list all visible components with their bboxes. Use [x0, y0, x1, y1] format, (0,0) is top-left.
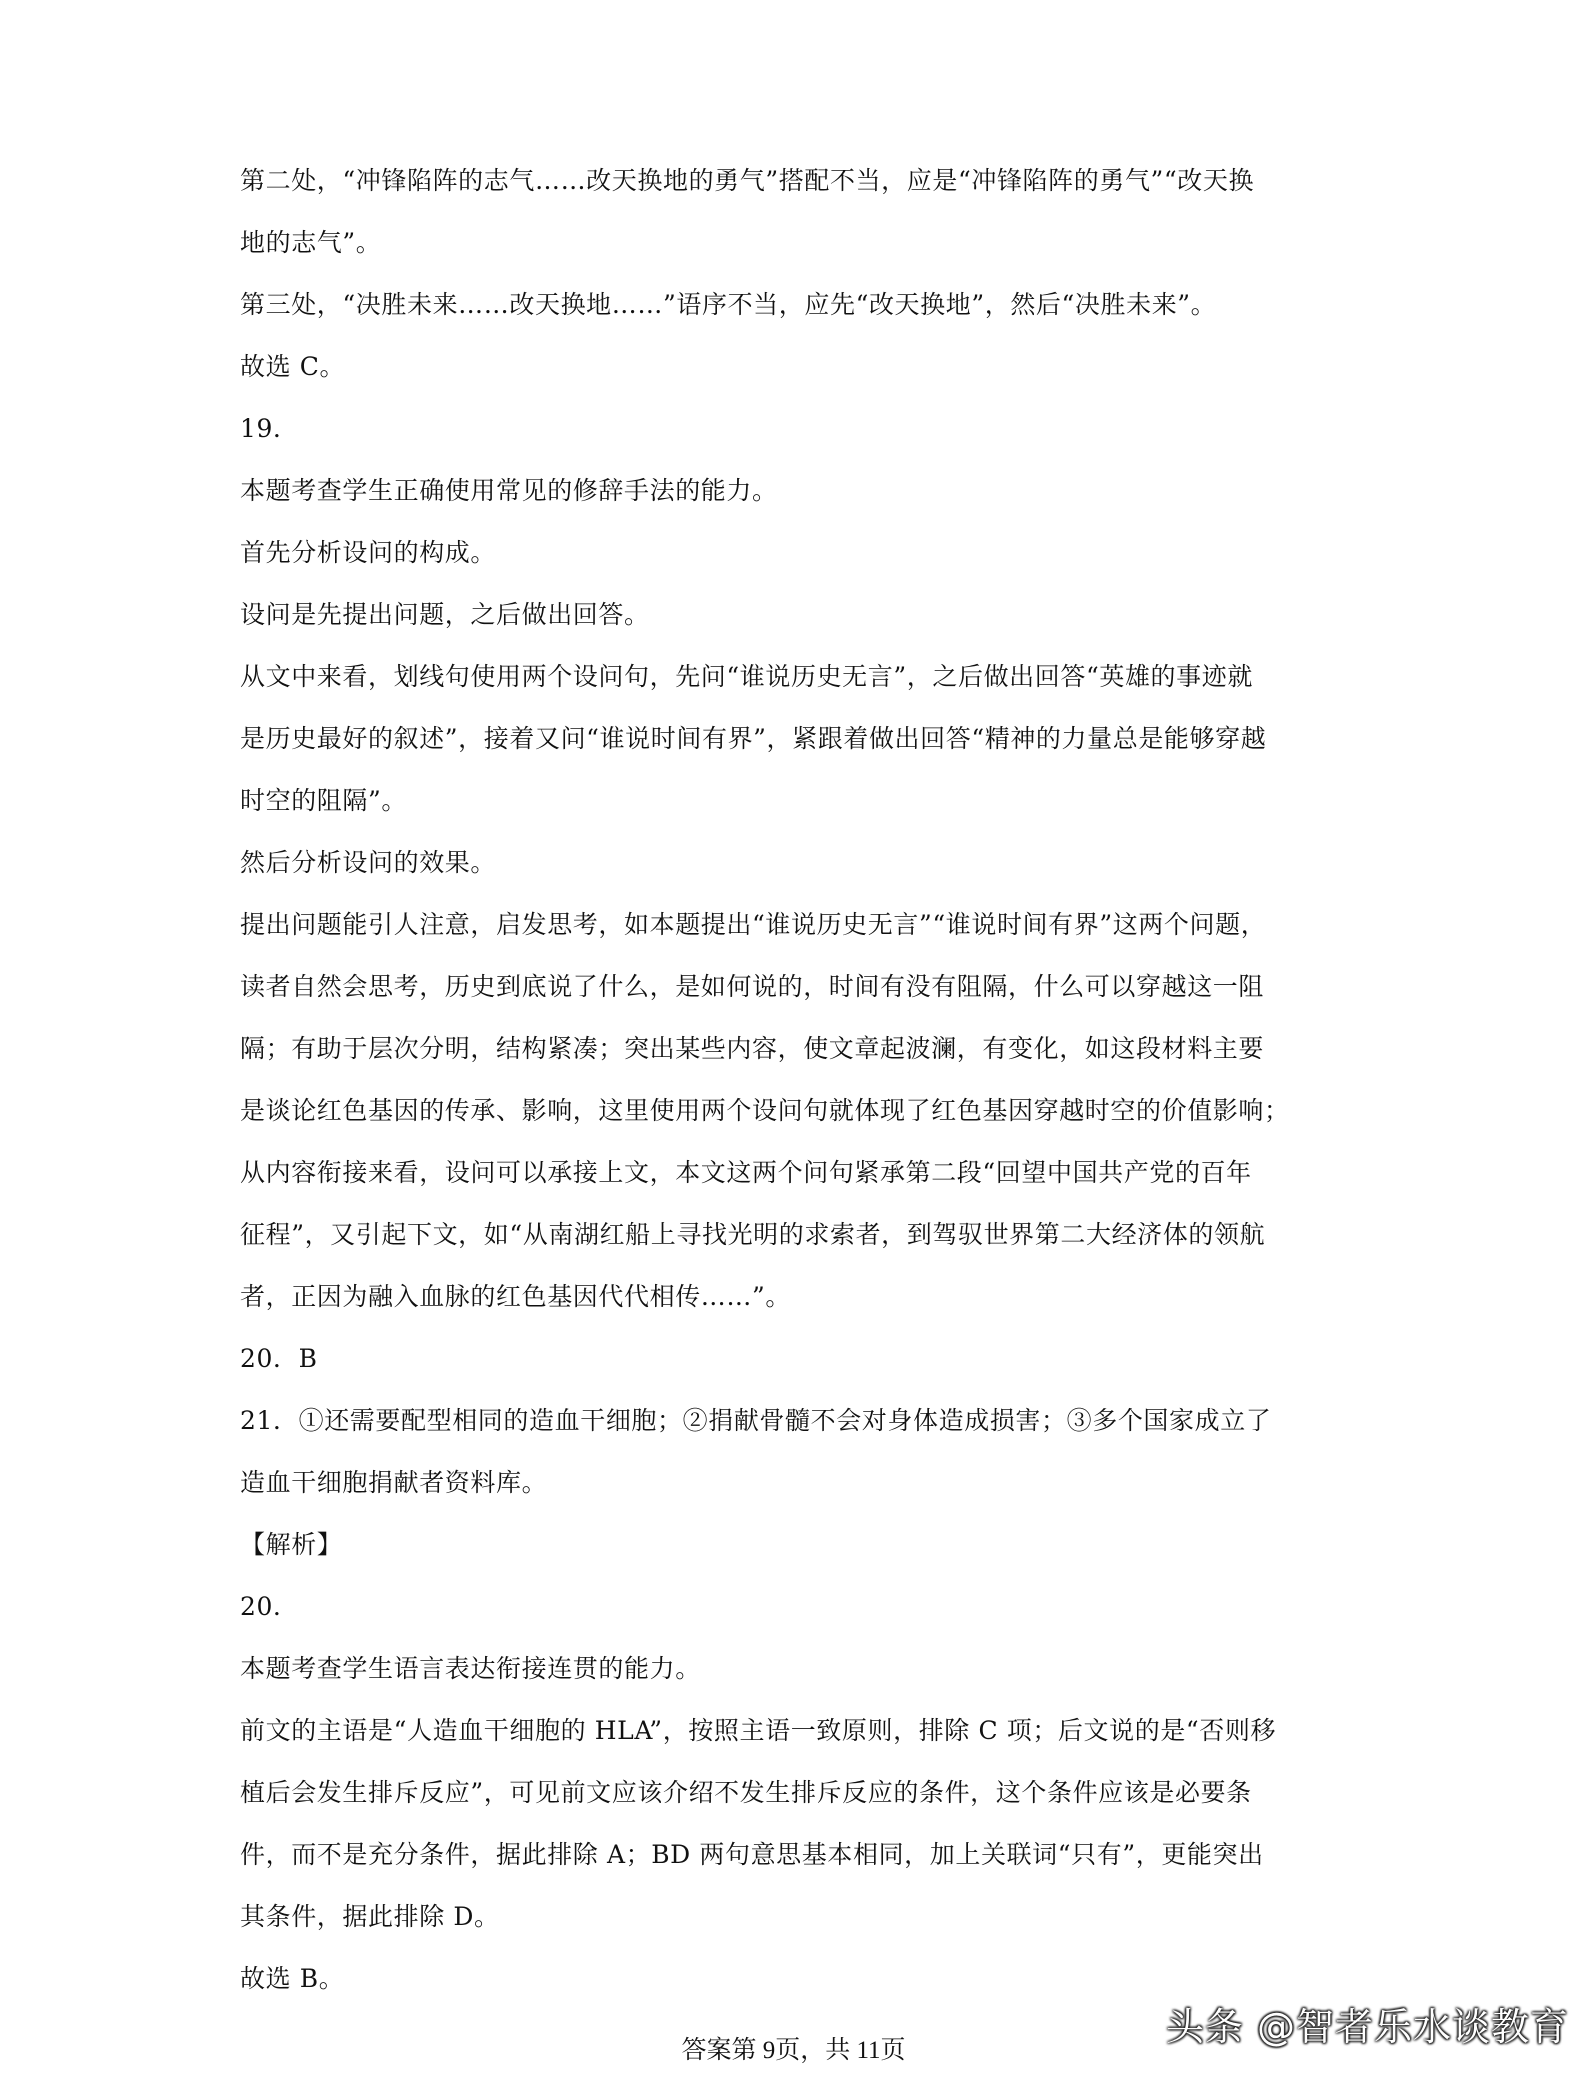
text-line: 其条件，据此排除 D。: [240, 1886, 1350, 1948]
text-line: 者，正因为融入血脉的红色基因代代相传……”。: [240, 1266, 1350, 1328]
text-line: 征程”，又引起下文，如“从南湖红船上寻找光明的求索者，到驾驭世界第二大经济体的领…: [240, 1204, 1350, 1266]
text-line: 然后分析设问的效果。: [240, 832, 1350, 894]
text-line: 地的志气”。: [240, 212, 1350, 274]
text-line: 植后会发生排斥反应”，可见前文应该介绍不发生排斥反应的条件，这个条件应该是必要条: [240, 1762, 1350, 1824]
text-line: 第三处，“决胜未来……改天换地……”语序不当，应先“改天换地”，然后“决胜未来”…: [240, 274, 1350, 336]
text-line: 是历史最好的叙述”，接着又问“谁说时间有界”，紧跟着做出回答“精神的力量总是能够…: [240, 708, 1350, 770]
watermark: 头条 @智者乐水谈教育: [1166, 2005, 1569, 2049]
text-line: 设问是先提出问题，之后做出回答。: [240, 584, 1350, 646]
text-line: 是谈论红色基因的传承、影响，这里使用两个设问句就体现了红色基因穿越时空的价值影响…: [240, 1080, 1350, 1142]
answer-line: 21．①还需要配型相同的造血干细胞；②捐献骨髓不会对身体造成损害；③多个国家成立…: [240, 1390, 1350, 1452]
text-line: 时空的阻隔”。: [240, 770, 1350, 832]
answer-explanation-body: 第二处，“冲锋陷阵的志气……改天换地的勇气”搭配不当，应是“冲锋陷阵的勇气”“改…: [240, 150, 1350, 2010]
document-page: 第二处，“冲锋陷阵的志气……改天换地的勇气”搭配不当，应是“冲锋陷阵的勇气”“改…: [0, 0, 1587, 2074]
text-line: 首先分析设问的构成。: [240, 522, 1350, 584]
question-number: 20．: [240, 1576, 1350, 1638]
text-line: 本题考查学生语言表达衔接连贯的能力。: [240, 1638, 1350, 1700]
text-line: 件，而不是充分条件，据此排除 A；BD 两句意思基本相同，加上关联词“只有”，更…: [240, 1824, 1350, 1886]
text-line: 第二处，“冲锋陷阵的志气……改天换地的勇气”搭配不当，应是“冲锋陷阵的勇气”“改…: [240, 150, 1350, 212]
text-line: 从文中来看，划线句使用两个设问句，先问“谁说历史无言”，之后做出回答“英雄的事迹…: [240, 646, 1350, 708]
text-line: 隔；有助于层次分明，结构紧凑；突出某些内容，使文章起波澜，有变化，如这段材料主要: [240, 1018, 1350, 1080]
text-line: 故选 C。: [240, 336, 1350, 398]
answer-line: 20．B: [240, 1328, 1350, 1390]
text-line: 提出问题能引人注意，启发思考，如本题提出“谁说历史无言”“谁说时间有界”这两个问…: [240, 894, 1350, 956]
text-line: 故选 B。: [240, 1948, 1350, 2010]
section-heading: 【解析】: [240, 1514, 1350, 1576]
text-line: 从内容衔接来看，设问可以承接上文，本文这两个问句紧承第二段“回望中国共产党的百年: [240, 1142, 1350, 1204]
question-number: 19．: [240, 398, 1350, 460]
text-line: 前文的主语是“人造血干细胞的 HLA”，按照主语一致原则，排除 C 项；后文说的…: [240, 1700, 1350, 1762]
text-line: 读者自然会思考，历史到底说了什么，是如何说的，时间有没有阻隔，什么可以穿越这一阻: [240, 956, 1350, 1018]
text-line: 造血干细胞捐献者资料库。: [240, 1452, 1350, 1514]
text-line: 本题考查学生正确使用常见的修辞手法的能力。: [240, 460, 1350, 522]
